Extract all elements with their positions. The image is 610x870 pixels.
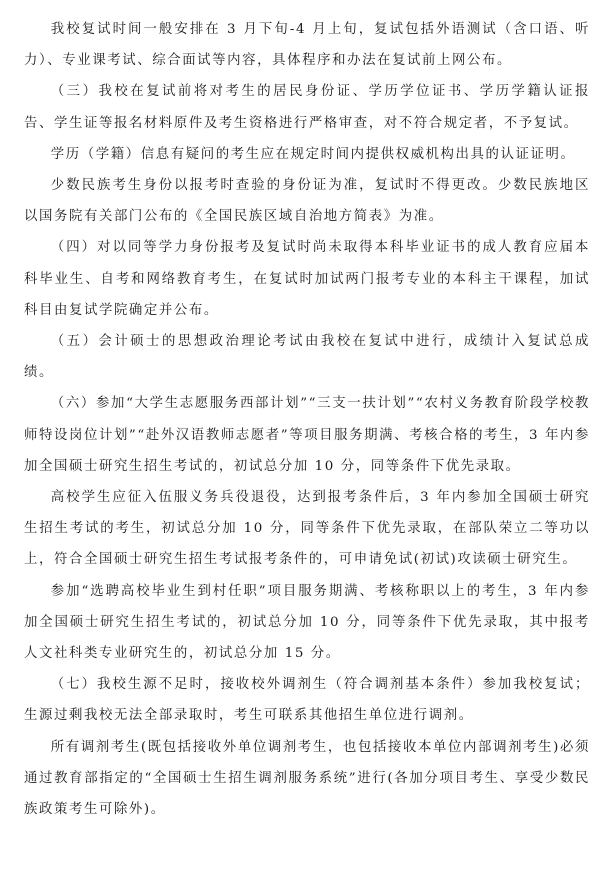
paragraph-section-4-additional-exams: （四）对以同等学力身份报考及复试时尚未取得本科毕业证书的成人教育应届本科毕业生、… bbox=[24, 232, 590, 326]
paragraph-education-verification: 学历（学籍）信息有疑问的考生应在规定时间内提供权威机构出具的认证证明。 bbox=[24, 139, 590, 170]
paragraph-section-5-politics-exam: （五）会计硕士的思想政治理论考试由我校在复试中进行，成绩计入复试总成绩。 bbox=[24, 326, 590, 388]
paragraph-military-veterans: 高校学生应征入伍服义务兵役退役，达到报考条件后，3 年内参加全国硕士研究生招生考… bbox=[24, 482, 590, 576]
paragraph-ethnic-minority-identity: 少数民族考生身份以报考时查验的身份证为准，复试时不得更改。少数民族地区以国务院有… bbox=[24, 170, 590, 232]
paragraph-section-3-eligibility-review: （三）我校在复试前将对考生的居民身份证、学历学位证书、学历学籍认证报告、学生证等… bbox=[24, 76, 590, 138]
paragraph-section-6-service-programs: （六）参加“大学生志愿服务西部计划”“三支一扶计划”“农村义务教育阶段学校教师特… bbox=[24, 388, 590, 482]
paragraph-village-officials: 参加“选聘高校毕业生到村任职”项目服务期满、考核称职以上的考生，3 年内参加全国… bbox=[24, 576, 590, 670]
paragraph-retest-schedule: 我校复试时间一般安排在 3 月下旬-4 月上旬，复试包括外语测试（含口语、听力）… bbox=[24, 14, 590, 76]
paragraph-adjustment-system: 所有调剂考生(既包括接收外单位调剂考生，也包括接收本单位内部调剂考生)必须通过教… bbox=[24, 732, 590, 826]
document-body: 我校复试时间一般安排在 3 月下旬-4 月上旬，复试包括外语测试（含口语、听力）… bbox=[24, 14, 590, 825]
paragraph-section-7-adjustment: （七）我校生源不足时，接收校外调剂生（符合调剂基本条件）参加我校复试；生源过剩我… bbox=[24, 669, 590, 731]
document-page: 我校复试时间一般安排在 3 月下旬-4 月上旬，复试包括外语测试（含口语、听力）… bbox=[0, 0, 610, 870]
